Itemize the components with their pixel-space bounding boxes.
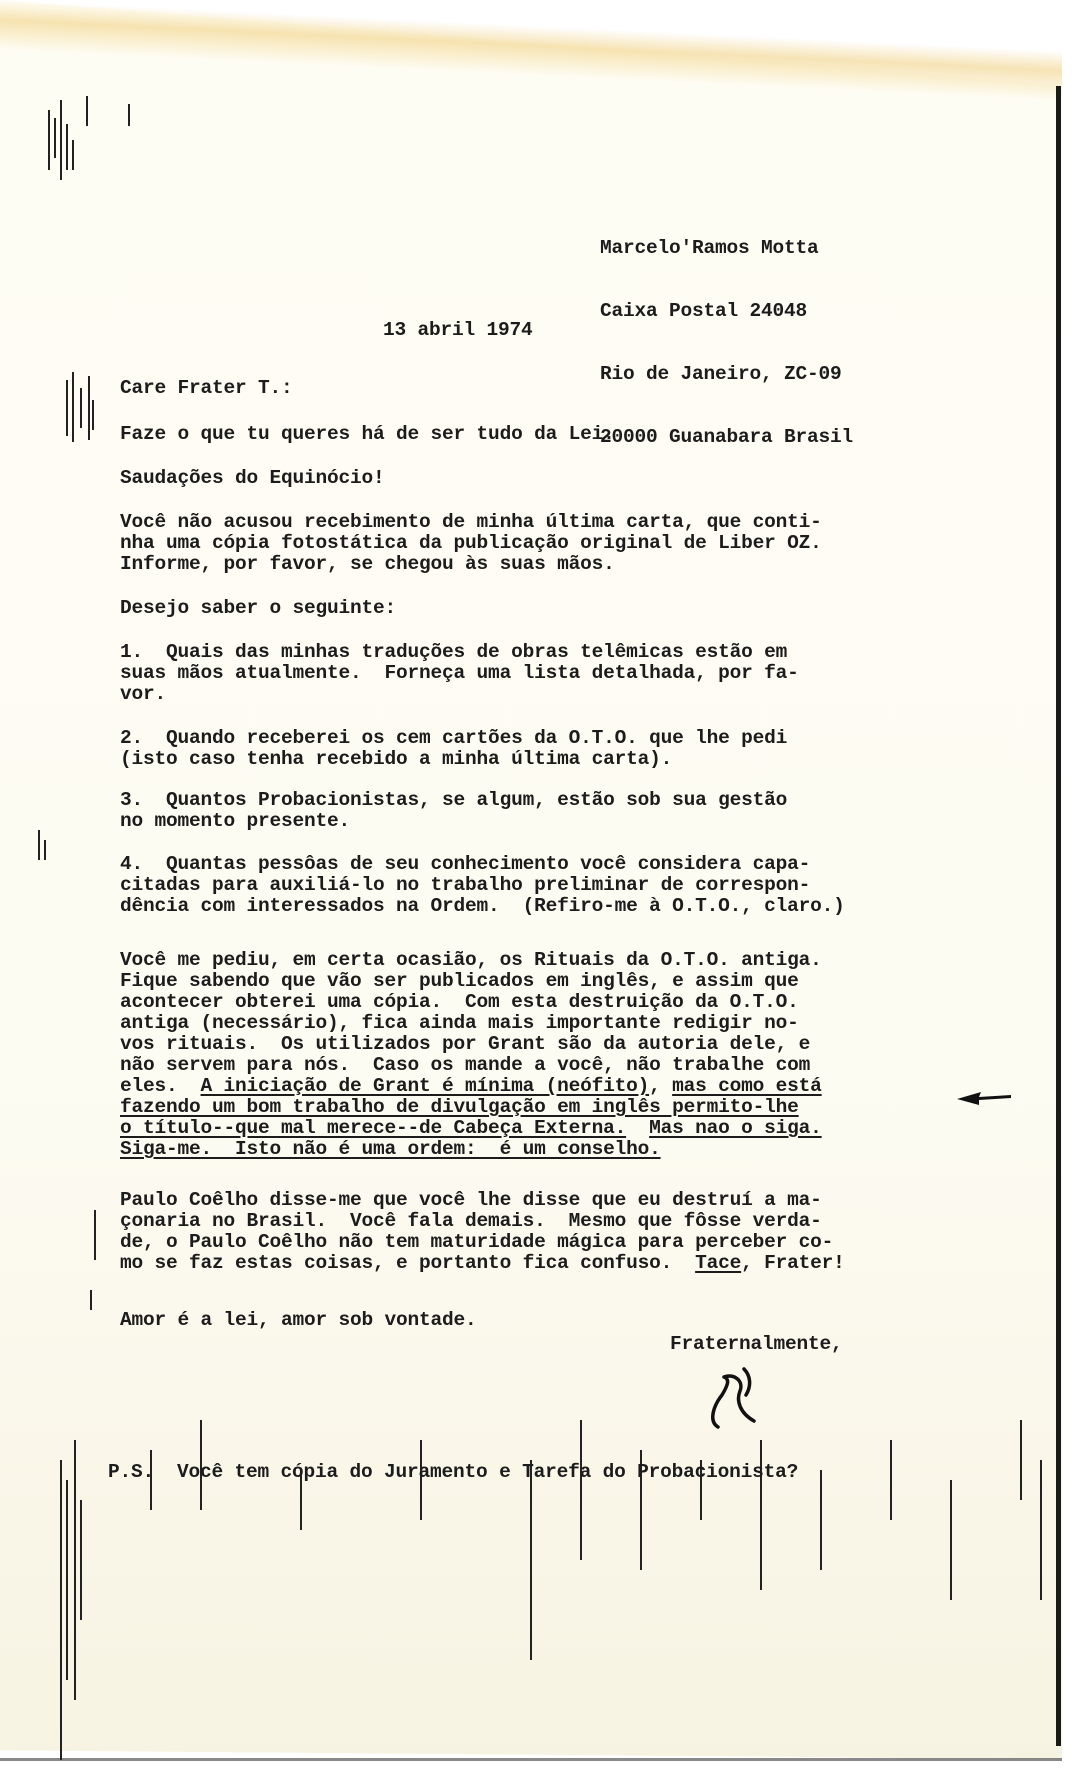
- underlined-text: Tace: [695, 1252, 741, 1274]
- paragraph-line: Informe, por favor, se chegou às suas mã…: [120, 554, 822, 575]
- signoff: Fraternalmente,: [670, 1334, 843, 1355]
- postscript: P.S. Você tem cópia do Juramento e Taref…: [108, 1462, 798, 1483]
- paragraph-3: Paulo Coêlho disse-me que você lhe disse…: [120, 1190, 845, 1274]
- list-line: 1. Quais das minhas traduções de obras t…: [120, 642, 799, 663]
- paragraph-line: Você me pediu, em certa ocasião, os Ritu…: [120, 950, 822, 971]
- paragraph-line: de, o Paulo Coêlho não tem maturidade má…: [120, 1232, 845, 1253]
- paragraph-2: Você me pediu, em certa ocasião, os Ritu…: [120, 950, 822, 1160]
- signature-icon: [700, 1365, 770, 1437]
- paragraph-line: acontecer obterei uma cópia. Com esta de…: [120, 992, 822, 1013]
- greeting: Saudações do Equinócio!: [120, 468, 385, 489]
- sender-name: Marcelo'Ramos Motta: [600, 238, 853, 259]
- paragraph-line: antiga (necessário), fica ainda mais imp…: [120, 1013, 822, 1034]
- list-item-2: 2. Quando receberei os cem cartões da O.…: [120, 728, 787, 770]
- list-line: 4. Quantas pessôas de seu conhecimento v…: [120, 854, 845, 875]
- list-intro: Desejo saber o seguinte:: [120, 598, 396, 619]
- paragraph-last-line: mo se faz estas coisas, e portanto fica …: [120, 1253, 845, 1274]
- list-item-1: 1. Quais das minhas traduções de obras t…: [120, 642, 799, 705]
- underlined-text: o título--que mal merece--de Cabeça Exte…: [120, 1117, 626, 1139]
- paragraph-line: vos rituais. Os utilizados por Grant são…: [120, 1034, 822, 1055]
- sender-address-line2: Rio de Janeiro, ZC-09: [600, 364, 853, 385]
- sender-address-line3: 20000 Guanabara Brasil: [600, 427, 853, 448]
- list-item-3: 3. Quantos Probacionistas, se algum, est…: [120, 790, 787, 832]
- underlined-line-3: o título--que mal merece--de Cabeça Exte…: [120, 1118, 822, 1139]
- underlined-text: A iniciação de Grant é mínima (neófito): [201, 1075, 650, 1097]
- underlined-line-1: eles. A iniciação de Grant é mínima (neó…: [120, 1076, 822, 1097]
- list-item-4: 4. Quantas pessôas de seu conhecimento v…: [120, 854, 845, 917]
- salutation: Care Frater T.:: [120, 378, 293, 399]
- list-line: vor.: [120, 684, 799, 705]
- paragraph-line: çonaria no Brasil. Você fala demais. Mes…: [120, 1211, 845, 1232]
- underlined-text: Mas nao o siga.: [649, 1117, 822, 1139]
- paragraph-line: Paulo Coêlho disse-me que você lhe disse…: [120, 1190, 845, 1211]
- sender-address-line1: Caixa Postal 24048: [600, 301, 853, 322]
- list-line: 2. Quando receberei os cem cartões da O.…: [120, 728, 787, 749]
- text: ,: [649, 1075, 672, 1097]
- list-line: (isto caso tenha recebido a minha última…: [120, 749, 787, 770]
- paragraph-1: Você não acusou recebimento de minha últ…: [120, 512, 822, 575]
- text: [626, 1117, 649, 1139]
- sender-block: Marcelo'Ramos Motta Caixa Postal 24048 R…: [600, 196, 853, 490]
- margin-arrow-icon: [955, 1090, 1013, 1106]
- letter-date: 13 abril 1974: [383, 320, 533, 341]
- paragraph-line: Você não acusou recebimento de minha últ…: [120, 512, 822, 533]
- underlined-text: mas como está: [672, 1075, 822, 1097]
- list-line: suas mãos atualmente. Forneça uma lista …: [120, 663, 799, 684]
- text: , Frater!: [741, 1252, 845, 1274]
- paragraph-line: não servem para nós. Caso os mande a voc…: [120, 1055, 822, 1076]
- underlined-line-4: Siga-me. Isto não é uma ordem: é um cons…: [120, 1139, 822, 1160]
- underlined-line-2: fazendo um bom trabalho de divulgação em…: [120, 1097, 822, 1118]
- text: eles.: [120, 1075, 201, 1097]
- paragraph-line: Fique sabendo que vão ser publicados em …: [120, 971, 822, 992]
- text: mo se faz estas coisas, e portanto fica …: [120, 1252, 695, 1274]
- closing-line: Amor é a lei, amor sob vontade.: [120, 1310, 477, 1331]
- list-line: dência com interessados na Ordem. (Refir…: [120, 896, 845, 917]
- paragraph-line: nha uma cópia fotostática da publicação …: [120, 533, 822, 554]
- opening-line: Faze o que tu queres há de ser tudo da L…: [120, 424, 615, 445]
- list-line: 3. Quantos Probacionistas, se algum, est…: [120, 790, 787, 811]
- list-line: citadas para auxiliá-lo no trabalho prel…: [120, 875, 845, 896]
- list-line: no momento presente.: [120, 811, 787, 832]
- letter: Marcelo'Ramos Motta Caixa Postal 24048 R…: [0, 0, 1080, 1780]
